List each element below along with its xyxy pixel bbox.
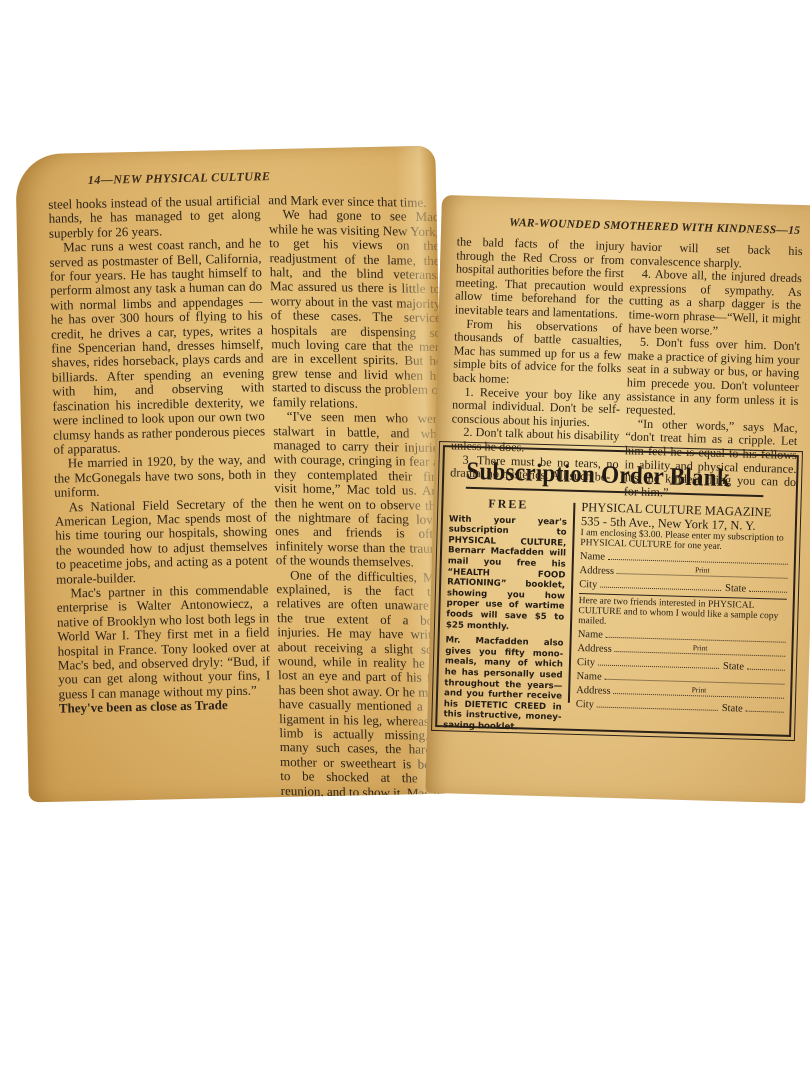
- paragraph: As National Field Secretary of the Ameri…: [55, 496, 269, 587]
- left-page: 14—NEW PHYSICAL CULTURE steel hooks inst…: [15, 146, 448, 803]
- paragraph: 1. Receive your boy like any normal indi…: [452, 385, 621, 430]
- paragraph: 5. Don't fuss over him. Don't make a pra…: [626, 335, 800, 421]
- paragraph: the bald facts of the injury through the…: [455, 235, 625, 321]
- paragraph: steel hooks instead of the usual artific…: [48, 193, 261, 241]
- right-page: WAR-WOUNDED SMOTHERED WITH KINDNESS—15 t…: [425, 195, 810, 803]
- paragraph: From his observations of thousands of ba…: [453, 317, 623, 390]
- order-divider: [568, 503, 576, 703]
- print-hint: Print: [695, 564, 710, 576]
- left-column-2: and Mark ever since that time.We had gon…: [268, 193, 449, 802]
- running-head-right: WAR-WOUNDED SMOTHERED WITH KINDNESS—15: [509, 217, 800, 237]
- running-head-left: 14—NEW PHYSICAL CULTURE: [88, 169, 271, 188]
- open-magazine: 14—NEW PHYSICAL CULTURE steel hooks inst…: [0, 0, 810, 1080]
- paragraph: One of the difficulties, Mac explained, …: [276, 568, 449, 803]
- left-column-1: steel hooks instead of the usual artific…: [48, 193, 271, 716]
- paragraph: We had gone to see Mac while he was visi…: [268, 208, 442, 413]
- paragraph: “I've seen men who were stalwart in batt…: [273, 409, 446, 570]
- order-form: PHYSICAL CULTURE MAGAZINE 535 - 5th Ave.…: [576, 501, 790, 716]
- free-offer-text: With your year's subscription to PHYSICA…: [446, 514, 567, 634]
- paragraph: He married in 1920, by the way, and the …: [54, 453, 267, 501]
- order-blank-title: Subscription Order Blank: [466, 458, 764, 497]
- paragraph: They've been as close as Trade: [59, 697, 271, 716]
- subscription-order-blank: Subscription Order Blank FREE With your …: [435, 445, 799, 737]
- paragraph: 4. Above all, the injured dreads express…: [628, 267, 802, 340]
- paragraph: Mac's partner in this commendable enterp…: [56, 582, 270, 702]
- free-offer-text-2: Mr. Macfadden also gives you fifty mono-…: [443, 635, 564, 734]
- paragraph: Mac runs a west coast ranch, and he serv…: [49, 237, 265, 457]
- free-heading: FREE: [449, 497, 567, 511]
- free-offer: FREE With your year's subscription to PH…: [443, 497, 568, 739]
